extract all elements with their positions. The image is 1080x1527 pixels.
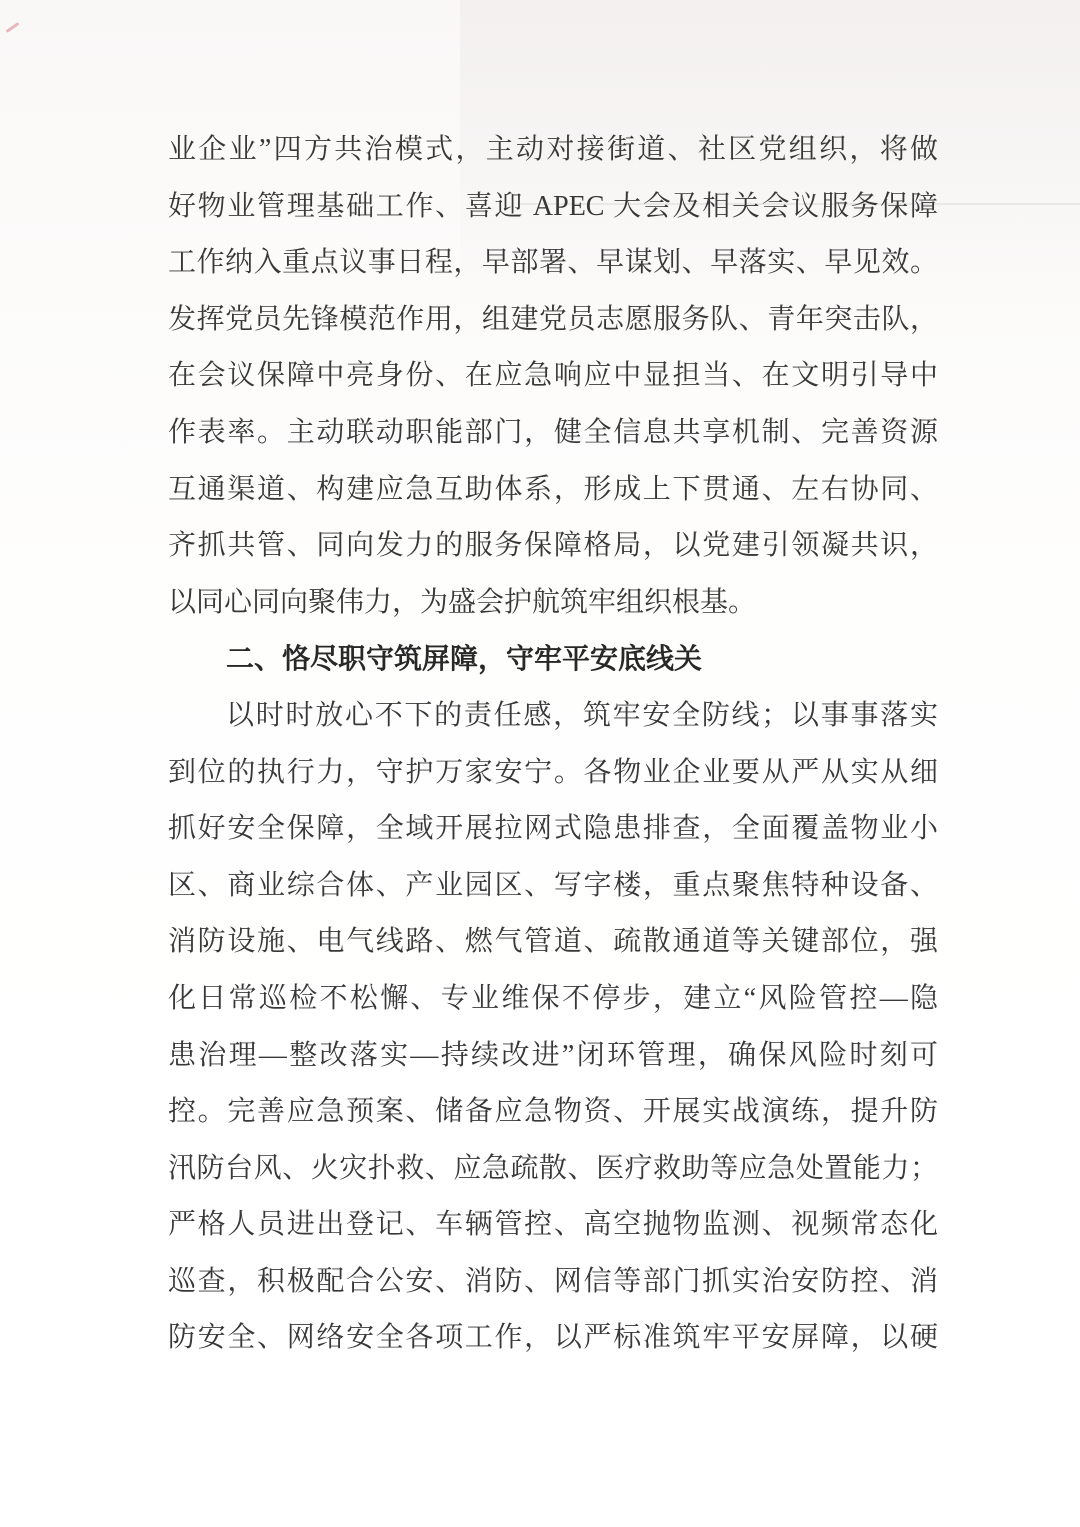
- text-line: 严格人员进出登记、车辆管控、高空抛物监测、视频常态化: [168, 1197, 938, 1254]
- red-pen-mark-artifact: [5, 22, 19, 33]
- text-line: 汛防台风、火灾扑救、应急疏散、医疗救助等应急处置能力；: [168, 1141, 938, 1198]
- scanned-page: 业企业”四方共治模式，主动对接街道、社区党组织，将做 好物业管理基础工作、喜迎 …: [0, 0, 1080, 1527]
- text-line: 齐抓共管、同向发力的服务保障格局，以党建引领凝共识，: [168, 518, 938, 575]
- text-line: 业企业”四方共治模式，主动对接街道、社区党组织，将做: [168, 122, 938, 179]
- text-line: 发挥党员先锋模范作用，组建党员志愿服务队、青年突击队，: [168, 292, 938, 349]
- text-line: 抓好安全保障，全域开展拉网式隐患排查，全面覆盖物业小: [168, 801, 938, 858]
- text-line: 以时时放心不下的责任感，筑牢安全防线；以事事落实: [168, 688, 938, 745]
- text-line: 在会议保障中亮身份、在应急响应中显担当、在文明引导中: [168, 348, 938, 405]
- text-line: 到位的执行力，守护万家安宁。各物业企业要从严从实从细: [168, 745, 938, 802]
- text-line: 防安全、网络安全各项工作，以严标准筑牢平安屏障，以硬: [168, 1310, 938, 1367]
- text-line: 化日常巡检不松懈、专业维保不停步，建立“风险管控—隐: [168, 971, 938, 1028]
- text-line: 好物业管理基础工作、喜迎 APEC 大会及相关会议服务保障: [168, 179, 938, 236]
- text-line: 控。完善应急预案、储备应急物资、开展实战演练，提升防: [168, 1084, 938, 1141]
- text-line: 以同心同向聚伟力，为盛会护航筑牢组织根基。: [168, 575, 938, 632]
- text-line: 患治理—整改落实—持续改进”闭环管理，确保风险时刻可: [168, 1028, 938, 1085]
- text-line: 消防设施、电气线路、燃气管道、疏散通道等关键部位，强: [168, 914, 938, 971]
- text-line: 区、商业综合体、产业园区、写字楼，重点聚焦特种设备、: [168, 858, 938, 915]
- section-heading: 二、恪尽职守筑屏障，守牢平安底线关: [168, 631, 938, 688]
- text-line: 工作纳入重点议事日程，早部署、早谋划、早落实、早见效。: [168, 235, 938, 292]
- document-body: 业企业”四方共治模式，主动对接街道、社区党组织，将做 好物业管理基础工作、喜迎 …: [168, 122, 938, 1367]
- text-line: 巡查，积极配合公安、消防、网信等部门抓实治安防控、消: [168, 1254, 938, 1311]
- text-line: 作表率。主动联动职能部门，健全信息共享机制、完善资源: [168, 405, 938, 462]
- text-line: 互通渠道、构建应急互助体系，形成上下贯通、左右协同、: [168, 462, 938, 519]
